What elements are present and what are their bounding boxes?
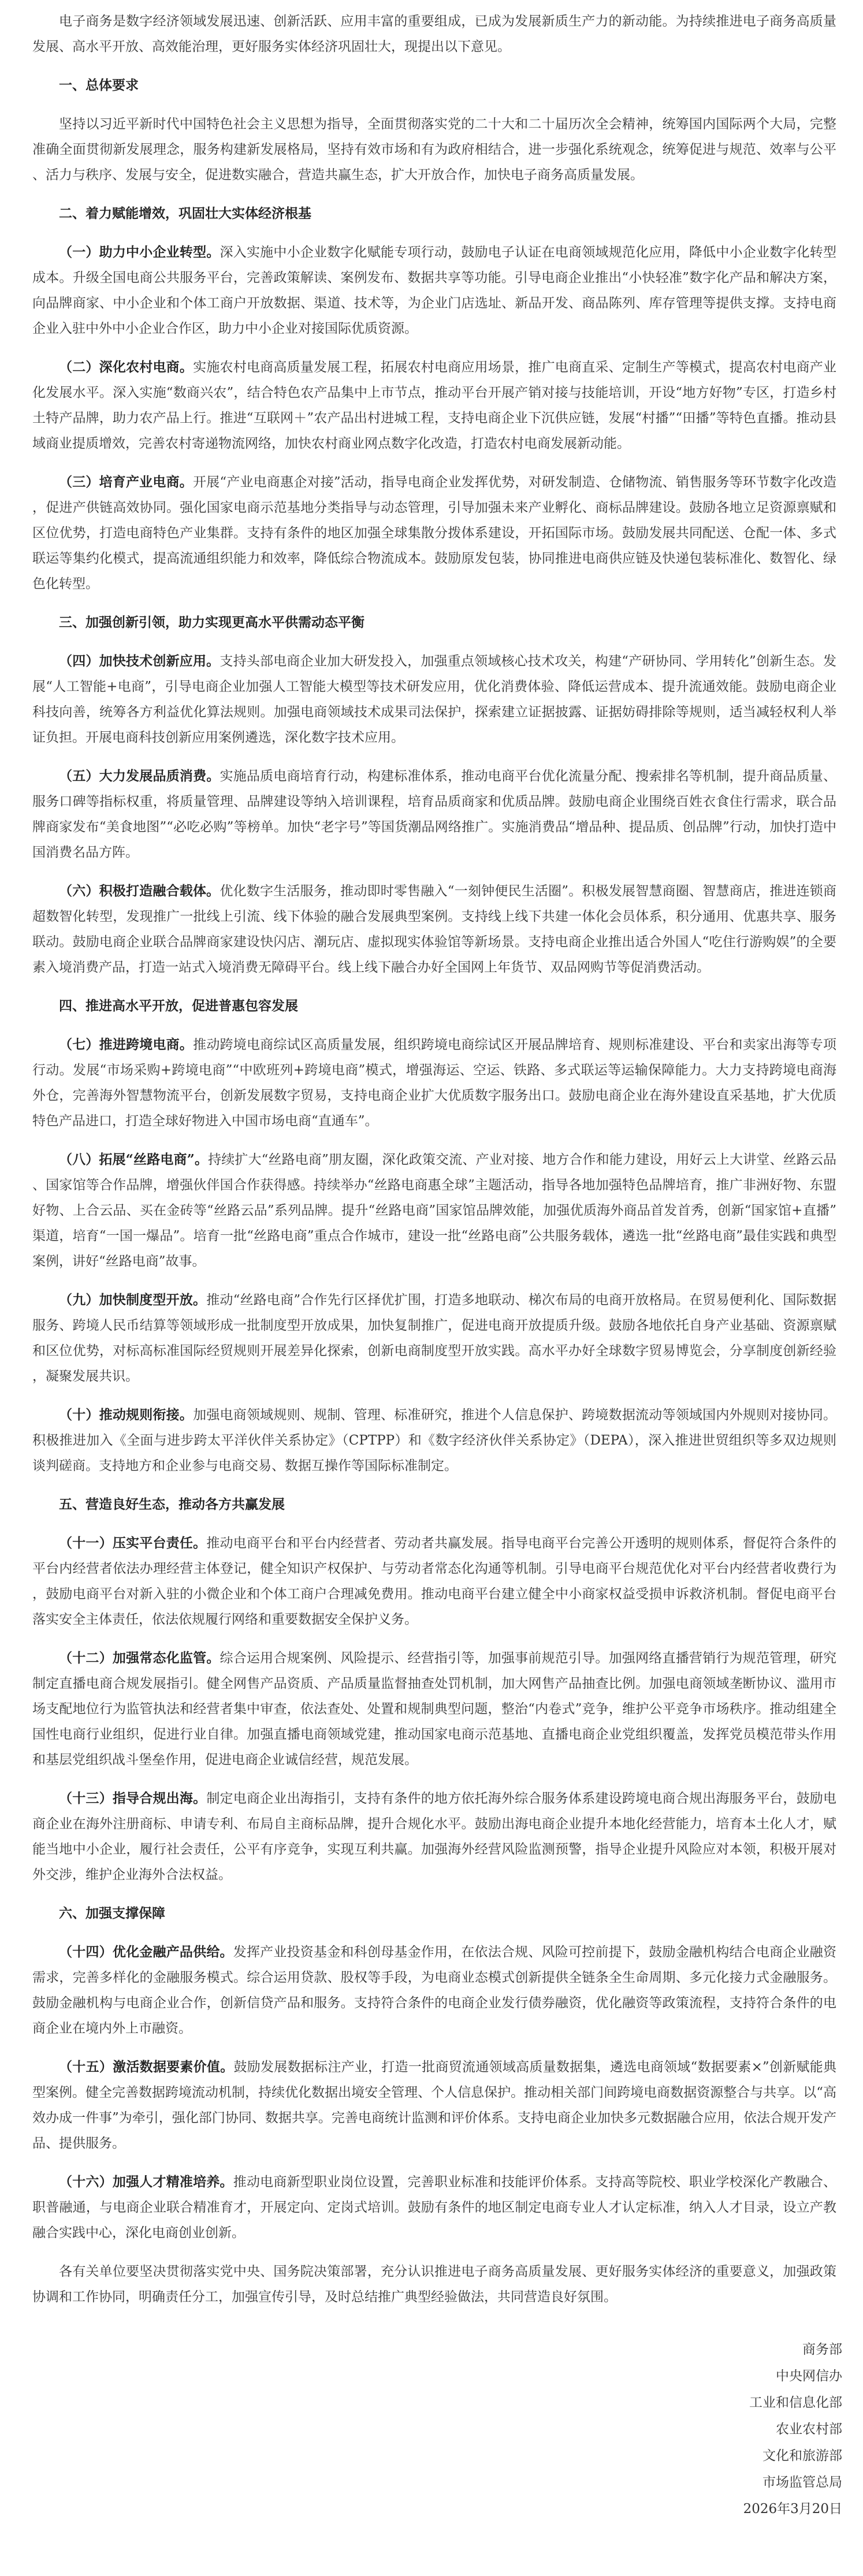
document-date: 2026年3月20日 <box>32 2496 842 2522</box>
paragraph: （十）推动规则衔接。加强电商领域规则、规制、管理、标准研究，推进个人信息保护、跨… <box>32 1402 836 1479</box>
paragraph: （十四）优化金融产品供给。发挥产业投资基金和科创母基金作用，在依法合规、风险可控… <box>32 1940 836 2041</box>
paragraph: （六）积极打造融合载体。优化数字生活服务，推动即时零售融入“一刻钟便民生活圈”。… <box>32 878 836 980</box>
paragraph-lead: （四）加快技术创新应用。 <box>59 653 220 669</box>
paragraph-lead: （一）助力中小企业转型。 <box>59 244 220 260</box>
paragraph-lead: （五）大力发展品质消费。 <box>59 768 220 784</box>
section-heading-3: 三、加强创新引领，助力实现更高水平供需动态平衡 <box>32 610 836 635</box>
paragraph-lead: （十五）激活数据要素价值。 <box>59 2059 233 2075</box>
paragraph-lead: （二）深化农村电商。 <box>59 359 193 375</box>
document-body: 电子商务是数字经济领域发展迅速、创新活跃、应用丰富的重要组成，已成为发展新质生产… <box>0 0 836 2522</box>
paragraph-lead: （九）加快制度型开放。 <box>59 1292 206 1308</box>
paragraph-lead: （三）培育产业电商。 <box>59 474 193 490</box>
paragraph-lead: （十六）加强人才精准培养。 <box>59 2174 233 2190</box>
signature-block: 商务部 中央网信办 工业和信息化部 农业农村部 文化和旅游部 市场监管总局 20… <box>32 2336 842 2522</box>
section-heading-5: 五、营造良好生态，推动各方共赢发展 <box>32 1492 836 1517</box>
signatory: 农业农村部 <box>32 2416 842 2443</box>
paragraph-lead: （十一）压实平台责任。 <box>59 1535 206 1551</box>
paragraph: （十六）加强人才精准培养。推动电商新型职业岗位设置，完善职业标准和技能评价体系。… <box>32 2169 836 2246</box>
paragraph: （八）拓展“丝路电商”。持续扩大“丝路电商”朋友圈，深化政策交流、产业对接、地方… <box>32 1147 836 1274</box>
section-heading-4: 四、推进高水平开放，促进普惠包容发展 <box>32 993 836 1019</box>
signatory: 商务部 <box>32 2336 842 2363</box>
section-heading-1: 一、总体要求 <box>32 73 836 98</box>
section-heading-2: 二、着力赋能增效，巩固壮大实体经济根基 <box>32 201 836 226</box>
paragraph-text: 开展“产业电商惠企对接”活动，指导电商企业发挥优势，对研发制造、仓储物流、销售服… <box>32 475 836 591</box>
paragraph-lead: （六）积极打造融合载体。 <box>59 883 220 899</box>
signatory: 中央网信办 <box>32 2363 842 2389</box>
closing-paragraph: 各有关单位要坚决贯彻落实党中央、国务院决策部署，充分认识推进电子商务高质量发展、… <box>32 2259 836 2310</box>
intro-paragraph: 电子商务是数字经济领域发展迅速、创新活跃、应用丰富的重要组成，已成为发展新质生产… <box>32 9 836 59</box>
paragraph: （十三）指导合规出海。制定电商企业出海指引，支持有条件的地方依托海外综合服务体系… <box>32 1786 836 1888</box>
paragraph: （一）助力中小企业转型。深入实施中小企业数字化赋能专项行动，鼓励电子认证在电商领… <box>32 240 836 341</box>
signatory: 工业和信息化部 <box>32 2389 842 2416</box>
paragraph-text: 综合运用合规案例、风险提示、经营指引等，加强事前规范引导。加强网络直播营销行为规… <box>32 1651 836 1767</box>
paragraph: （五）大力发展品质消费。实施品质电商培育行动，构建标准体系，推动电商平台优化流量… <box>32 764 836 865</box>
paragraph-lead: （七）推进跨境电商。 <box>59 1037 193 1052</box>
paragraph-lead: （十四）优化金融产品供给。 <box>59 1944 233 1960</box>
section-heading-6: 六、加强支撑保障 <box>32 1901 836 1926</box>
paragraph: （十一）压实平台责任。推动电商平台和平台内经营者、劳动者共赢发展。指导电商平台完… <box>32 1531 836 1632</box>
paragraph-lead: （十三）指导合规出海。 <box>59 1790 206 1806</box>
paragraph: （三）培育产业电商。开展“产业电商惠企对接”活动，指导电商企业发挥优势，对研发制… <box>32 470 836 597</box>
paragraph-lead: （十二）加强常态化监管。 <box>59 1650 220 1666</box>
paragraph-lead: （十）推动规则衔接。 <box>59 1407 193 1423</box>
paragraph: 坚持以习近平新时代中国特色社会主义思想为指导，全面贯彻落实党的二十大和二十届历次… <box>32 111 836 188</box>
paragraph-text: 持续扩大“丝路电商”朋友圈，深化政策交流、产业对接、地方合作和能力建设，用好云上… <box>32 1152 836 1269</box>
signatory: 市场监管总局 <box>32 2469 842 2496</box>
paragraph: （七）推进跨境电商。推动跨境电商综试区高质量发展，组织跨境电商综试区开展品牌培育… <box>32 1032 836 1134</box>
paragraph: （九）加快制度型开放。推动“丝路电商”合作先行区择优扩围，打造多地联动、梯次布局… <box>32 1287 836 1389</box>
signatory: 文化和旅游部 <box>32 2443 842 2469</box>
paragraph-lead: （八）拓展“丝路电商”。 <box>59 1152 208 1167</box>
paragraph: （四）加快技术创新应用。支持头部电商企业加大研发投入，加强重点领域核心技术攻关，… <box>32 649 836 750</box>
paragraph: （十二）加强常态化监管。综合运用合规案例、风险提示、经营指引等，加强事前规范引导… <box>32 1646 836 1773</box>
paragraph: （十五）激活数据要素价值。鼓励发展数据标注产业，打造一批商贸流通领域高质量数据集… <box>32 2054 836 2156</box>
paragraph-text: 坚持以习近平新时代中国特色社会主义思想为指导，全面贯彻落实党的二十大和二十届历次… <box>32 117 836 183</box>
paragraph: （二）深化农村电商。实施农村电商高质量发展工程，拓展农村电商应用场景，推广电商直… <box>32 355 836 456</box>
